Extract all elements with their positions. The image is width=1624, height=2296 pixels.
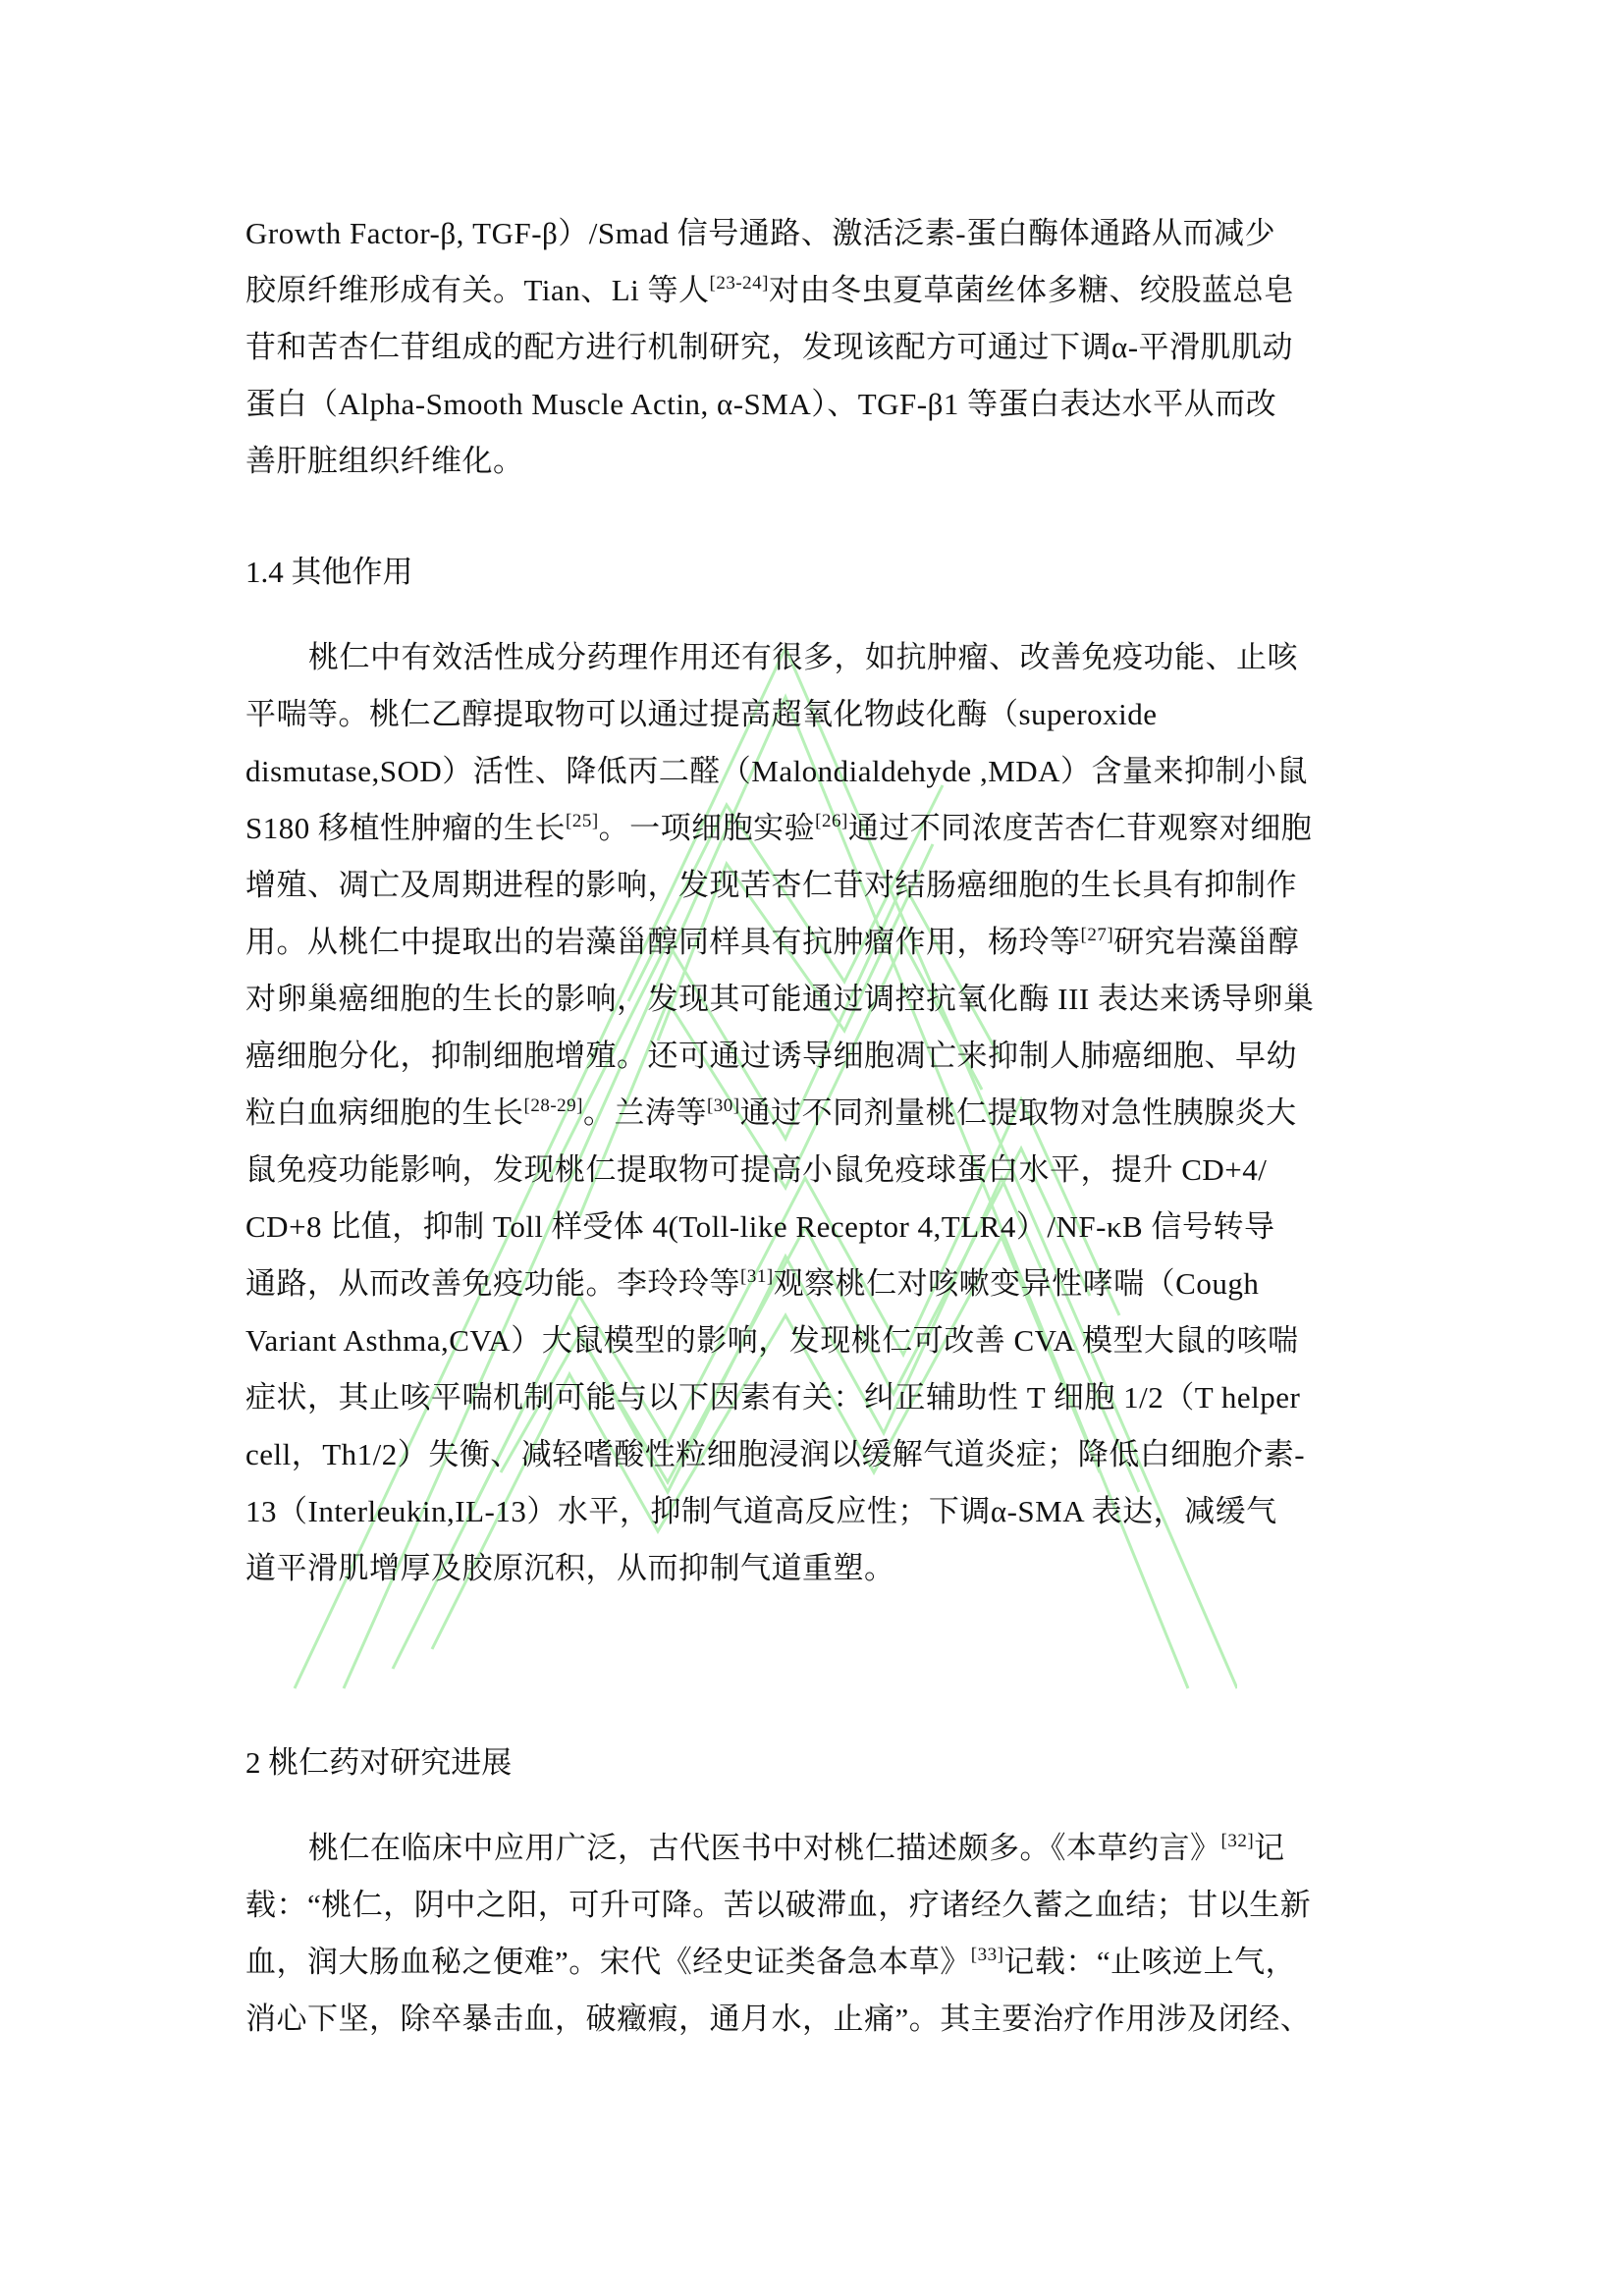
line-text: 载：“桃仁，阴中之阳，可升可降。苦以破滞血，疗诸经久蓄之血结；甘以生新 (245, 1888, 1311, 1922)
line-text: 苷和苦杏仁苷组成的配方进行机制研究，发现该配方可通过下调α-平滑肌肌动 (245, 330, 1293, 364)
paragraph-line: dismutase,SOD）活性、降低丙二醛（Malondialdehyde ,… (245, 752, 1308, 791)
line-text: 对由冬虫夏草菌丝体多糖、绞股蓝总皂 (769, 273, 1295, 307)
paragraph-line: 增殖、凋亡及周期进程的影响，发现苦杏仁苷对结肠癌细胞的生长具有抑制作 (245, 866, 1297, 905)
line-text: 消心下坚，除卒暴击血，破癥瘕，通月水，止痛”。其主要治疗作用涉及闭经、 (245, 2002, 1311, 2036)
citation-ref: [28-29] (524, 1095, 583, 1116)
line-text: Variant Asthma,CVA）大鼠模型的影响，发现桃仁可改善 CVA 模… (245, 1323, 1298, 1358)
paragraph-line: 桃仁在临床中应用广泛，古代医书中对桃仁描述颇多。《本草约言》[32]记 (308, 1829, 1285, 1868)
line-text: dismutase,SOD）活性、降低丙二醛（Malondialdehyde ,… (245, 754, 1308, 788)
citation-ref: [27] (1081, 925, 1114, 945)
paragraph-line: cell，Th1/2）失衡、减轻嗜酸性粒细胞浸润以缓解气道炎症；降低白细胞介素- (245, 1435, 1305, 1474)
citation-ref: [33] (971, 1945, 1004, 1965)
line-text: cell，Th1/2）失衡、减轻嗜酸性粒细胞浸润以缓解气道炎症；降低白细胞介素- (245, 1437, 1305, 1471)
line-text: 增殖、凋亡及周期进程的影响，发现苦杏仁苷对结肠癌细胞的生长具有抑制作 (245, 868, 1297, 902)
citation-ref: [32] (1221, 1831, 1255, 1851)
line-text: 癌细胞分化，抑制细胞增殖。还可通过诱导细胞凋亡来抑制人肺癌细胞、早幼 (245, 1039, 1297, 1073)
citation-ref: [23-24] (710, 273, 769, 294)
paragraph-line: 桃仁中有效活性成分药理作用还有很多，如抗肿瘤、改善免疫功能、止咳 (308, 638, 1298, 677)
paragraph-line: CD+8 比值，抑制 Toll 样受体 4(Toll-like Receptor… (245, 1207, 1274, 1247)
document-page: Growth Factor-β, TGF-β）/Smad 信号通路、激活泛素-蛋… (0, 0, 1624, 2296)
citation-ref: [25] (566, 811, 599, 831)
line-text: CD+8 比值，抑制 Toll 样受体 4(Toll-like Receptor… (245, 1209, 1274, 1244)
line-text: 通过不同浓度苦杏仁苷观察对细胞 (848, 811, 1313, 845)
line-text: 胶原纤维形成有关。Tian、Li 等人 (245, 273, 710, 307)
line-text: 记载：“止咳逆上气， (1003, 1945, 1296, 1979)
citation-ref: [31] (740, 1266, 774, 1287)
paragraph-line: 对卵巢癌细胞的生长的影响，发现其可能通过调控抗氧化酶 III 表达来诱导卵巢 (245, 980, 1314, 1019)
line-text: 记 (1254, 1831, 1285, 1865)
line-text: 症状，其止咳平喘机制可能与以下因素有关：纠正辅助性 T 细胞 1/2（T hel… (245, 1380, 1300, 1415)
paragraph-line: 道平滑肌增厚及胶原沉积，从而抑制气道重塑。 (245, 1549, 895, 1588)
citation-ref: [30] (707, 1095, 740, 1116)
paragraph-line: 用。从桃仁中提取出的岩藻甾醇同样具有抗肿瘤作用，杨玲等[27]研究岩藻甾醇 (245, 923, 1299, 962)
line-text: S180 移植性肿瘤的生长 (245, 811, 566, 845)
line-text: 血，润大肠血秘之便难”。宋代《经史证类备急本草》 (245, 1945, 971, 1979)
line-text: Growth Factor-β, TGF-β）/Smad 信号通路、激活泛素-蛋… (245, 216, 1275, 250)
line-text: 桃仁在临床中应用广泛，古代医书中对桃仁描述颇多。《本草约言》 (308, 1831, 1221, 1865)
paragraph-line: 症状，其止咳平喘机制可能与以下因素有关：纠正辅助性 T 细胞 1/2（T hel… (245, 1378, 1300, 1417)
paragraph-line: 消心下坚，除卒暴击血，破癥瘕，通月水，止痛”。其主要治疗作用涉及闭经、 (245, 2000, 1311, 2039)
line-text: 道平滑肌增厚及胶原沉积，从而抑制气道重塑。 (245, 1551, 895, 1585)
line-text: 桃仁中有效活性成分药理作用还有很多，如抗肿瘤、改善免疫功能、止咳 (308, 640, 1298, 674)
line-text: 对卵巢癌细胞的生长的影响，发现其可能通过调控抗氧化酶 III 表达来诱导卵巢 (245, 982, 1314, 1016)
paragraph-line: 血，润大肠血秘之便难”。宋代《经史证类备急本草》[33]记载：“止咳逆上气， (245, 1943, 1296, 1982)
line-text: 善肝脏组织纤维化。 (245, 444, 524, 478)
paragraph-line: 蛋白（Alpha-Smooth Muscle Actin, α-SMA）、TGF… (245, 385, 1276, 424)
line-text: 研究岩藻甾醇 (1113, 925, 1299, 959)
paragraph-line: 胶原纤维形成有关。Tian、Li 等人[23-24]对由冬虫夏草菌丝体多糖、绞股… (245, 271, 1295, 310)
line-text: 通路，从而改善免疫功能。李玲玲等 (245, 1266, 740, 1301)
paragraph-line: Growth Factor-β, TGF-β）/Smad 信号通路、激活泛素-蛋… (245, 214, 1275, 253)
line-text: 粒白血病细胞的生长 (245, 1095, 524, 1130)
line-text: 用。从桃仁中提取出的岩藻甾醇同样具有抗肿瘤作用，杨玲等 (245, 925, 1081, 959)
line-text: 平喘等。桃仁乙醇提取物可以通过提高超氧化物歧化酶（superoxide (245, 697, 1158, 731)
line-text: 蛋白（Alpha-Smooth Muscle Actin, α-SMA）、TGF… (245, 387, 1276, 421)
line-text: 观察桃仁对咳嗽变异性哮喘（Cough (774, 1266, 1260, 1301)
line-text: 。一项细胞实验 (599, 811, 816, 845)
citation-ref: [26] (815, 811, 848, 831)
paragraph-line: 粒白血病细胞的生长[28-29]。兰涛等[30]通过不同剂量桃仁提取物对急性胰腺… (245, 1094, 1297, 1133)
paragraph-line: 鼠免疫功能影响，发现桃仁提取物可提高小鼠免疫球蛋白水平，提升 CD+4/ (245, 1150, 1267, 1190)
line-text: 鼠免疫功能影响，发现桃仁提取物可提高小鼠免疫球蛋白水平，提升 CD+4/ (245, 1152, 1267, 1187)
line-text: 通过不同剂量桃仁提取物对急性胰腺炎大 (740, 1095, 1297, 1130)
paragraph-line: 善肝脏组织纤维化。 (245, 442, 524, 481)
paragraph-line: 苷和苦杏仁苷组成的配方进行机制研究，发现该配方可通过下调α-平滑肌肌动 (245, 328, 1293, 367)
section-heading: 2 桃仁药对研究进展 (245, 1743, 512, 1783)
paragraph-line: S180 移植性肿瘤的生长[25]。一项细胞实验[26]通过不同浓度苦杏仁苷观察… (245, 809, 1312, 848)
paragraph-line: 通路，从而改善免疫功能。李玲玲等[31]观察桃仁对咳嗽变异性哮喘（Cough (245, 1264, 1259, 1304)
paragraph-line: 癌细胞分化，抑制细胞增殖。还可通过诱导细胞凋亡来抑制人肺癌细胞、早幼 (245, 1037, 1297, 1076)
paragraph-line: 载：“桃仁，阴中之阳，可升可降。苦以破滞血，疗诸经久蓄之血结；甘以生新 (245, 1886, 1311, 1925)
line-text: 13（Interleukin,IL-13）水平，抑制气道高反应性；下调α-SMA… (245, 1494, 1277, 1528)
paragraph-line: 平喘等。桃仁乙醇提取物可以通过提高超氧化物歧化酶（superoxide (245, 695, 1158, 734)
paragraph-line: Variant Asthma,CVA）大鼠模型的影响，发现桃仁可改善 CVA 模… (245, 1321, 1298, 1361)
paragraph-line: 13（Interleukin,IL-13）水平，抑制气道高反应性；下调α-SMA… (245, 1492, 1277, 1531)
section-heading: 1.4 其他作用 (245, 553, 413, 592)
line-text: 。兰涛等 (583, 1095, 707, 1130)
